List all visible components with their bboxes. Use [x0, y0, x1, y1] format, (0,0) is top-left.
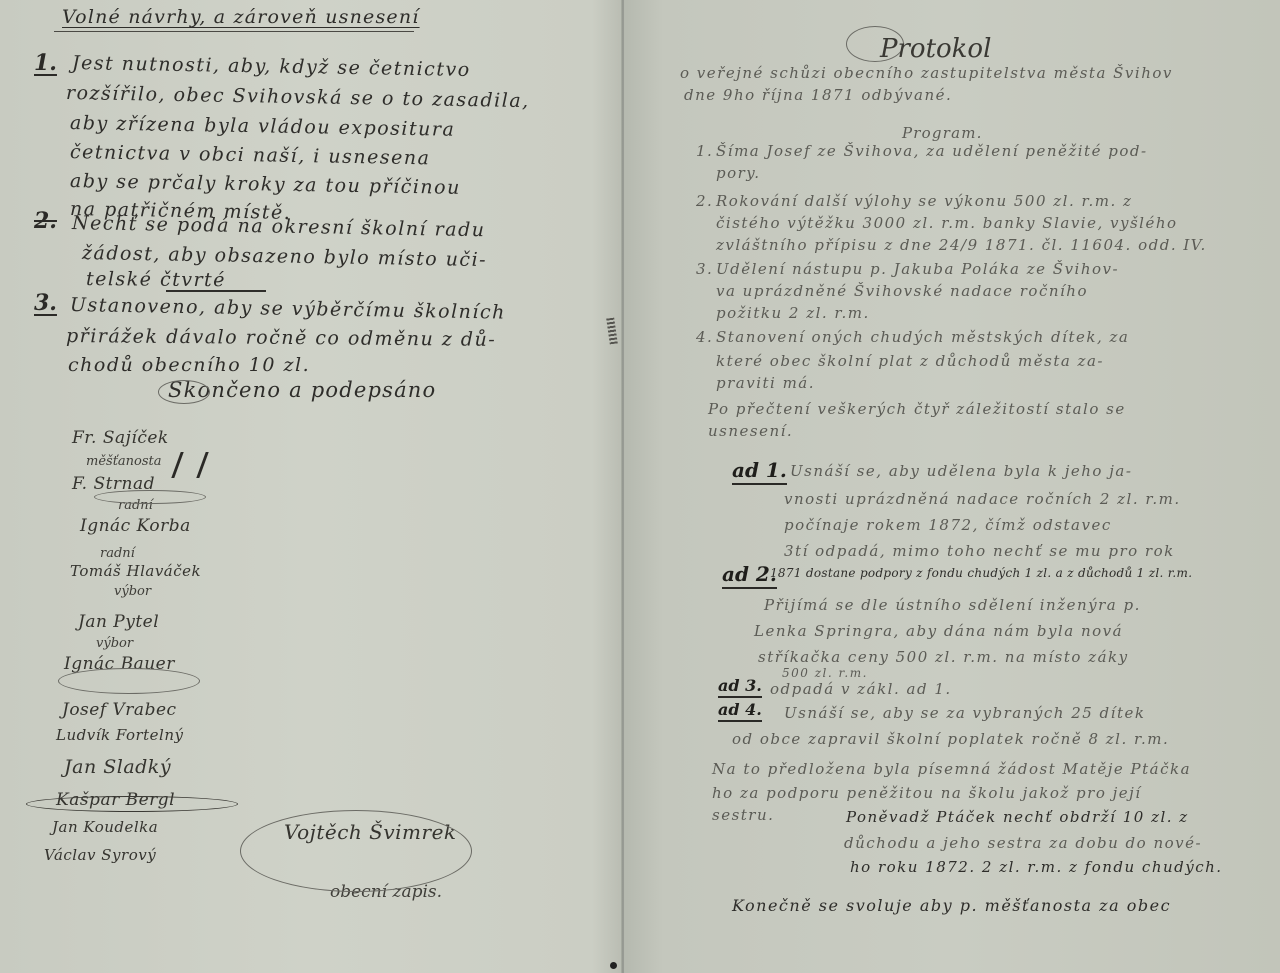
petition-resolution-line: ho roku 1872. 2 zl. r.m. z fondu chudých… — [850, 858, 1223, 876]
signature-name: Ignác Korba — [80, 516, 191, 536]
ink-smudge — [606, 318, 618, 345]
item-number: 2. — [34, 208, 57, 234]
item-2-line: žádost, aby obsazeno bylo místo uči- — [82, 242, 487, 271]
flourish — [58, 668, 200, 694]
resolution-line: Usnáší se, aby se za vybraných 25 dítek — [784, 704, 1145, 722]
item-1-line: rozšířilo, obec Svihovská se o to zasadi… — [66, 82, 530, 112]
final-line: Konečně se svoluje aby p. měšťanosta za … — [732, 896, 1171, 915]
right-page: Protokol o veřejné schůzi obecního zastu… — [624, 0, 1280, 973]
flourish — [26, 796, 238, 812]
intro-line: o veřejné schůzi obecního zastupitelstva… — [680, 64, 1173, 82]
transition-line: usnesení. — [708, 422, 793, 440]
program-number: 4. — [696, 328, 713, 346]
petition-resolution-line: Poněvadž Ptáček nechť obdrží 10 zl. z — [846, 808, 1189, 826]
item-number: 3. — [34, 290, 57, 316]
program-line: čistého výtěžku 3000 zl. r.m. banky Slav… — [716, 214, 1178, 232]
resolution-line: Přijímá se dle ústního sdělení inženýra … — [764, 596, 1141, 614]
resolution-line: odpadá v zákl. ad 1. — [770, 680, 952, 698]
item-2-line: telské čtvrté — [86, 268, 226, 291]
petition-line: ho za podporu peněžitou na školu jakož p… — [712, 784, 1142, 802]
flourish — [94, 490, 206, 504]
resolution-label: ad 1. — [732, 458, 787, 485]
intro-line: dne 9ho října 1871 odbývané. — [684, 86, 952, 104]
protocol-title: Protokol — [880, 34, 991, 64]
signature-role: měšťanosta — [86, 454, 162, 469]
item-1-line: aby se prčaly kroky za tou příčinou — [70, 170, 461, 199]
signature-role: výbor — [114, 584, 151, 599]
program-line: va uprázdněné Švihovské nadace ročního — [716, 282, 1088, 300]
petition-line: Na to předložena byla písemná žádost Mat… — [712, 760, 1191, 778]
signature-name: Václav Syrový — [44, 846, 156, 864]
resolution-line: 3tí odpadá, mimo toho nechť se mu pro ro… — [784, 542, 1175, 560]
resolution-line: 1871 dostane podpory z fondu chudých 1 z… — [770, 566, 1192, 580]
underline-ctvrte — [166, 290, 266, 292]
signature-name: Ludvík Fortelný — [56, 726, 183, 744]
heading-rule — [54, 31, 414, 32]
signature-name: Jan Pytel — [78, 612, 159, 632]
resolution-line: stříkačka ceny 500 zl. r.m. na místo zák… — [758, 648, 1129, 666]
item-3-line: chodů obecního 10 zl. — [68, 354, 310, 376]
ink-blot — [610, 962, 617, 969]
resolution-label: ad 3. — [718, 676, 762, 698]
resolution-label: ad 2. — [722, 562, 777, 589]
resolution-line: vnosti uprázdněná nadace ročních 2 zl. r… — [784, 490, 1181, 508]
resolution-line: Usnáší se, aby udělena byla k jeho ja- — [790, 462, 1132, 480]
signature-role: výbor — [96, 636, 133, 651]
left-page-heading: Volné návrhy, a zároveň usnesení — [62, 6, 420, 28]
item-3-line: Ustanoveno, aby se výběrčímu školních — [70, 294, 506, 324]
program-line: Stanovení oných chudých městských dítek,… — [716, 328, 1129, 346]
signature-name: Fr. Sajíček — [72, 428, 169, 448]
item-1-line: četnictva v obci naší, i usnesena — [70, 141, 431, 169]
program-line: požitku 2 zl. r.m. — [716, 304, 870, 322]
flourish — [240, 810, 472, 892]
program-line: Šíma Josef ze Švihova, za udělení peněži… — [716, 142, 1148, 160]
item-1-line: aby zřízena byla vládou expositura — [70, 112, 456, 141]
resolution-label: ad 4. — [718, 700, 762, 722]
program-line: pory. — [716, 164, 761, 182]
resolution-line: počínaje rokem 1872, čímž odstavec — [784, 516, 1112, 534]
resolution-line: od obce zapravil školní poplatek ročně 8… — [732, 730, 1169, 748]
program-line: Udělení nástupu p. Jakuba Poláka ze Švih… — [716, 260, 1119, 278]
signature-name: Tomáš Hlaváček — [70, 562, 201, 580]
item-3-line: přirážek dávalo ročně co odměnu z dů- — [66, 325, 496, 351]
program-number: 3. — [696, 260, 713, 278]
item-1-line: Jest nutnosti, aby, když se četnictvo — [72, 52, 471, 81]
signature-role: radní — [100, 546, 135, 561]
program-line: Rokování další výlohy se výkonu 500 zl. … — [716, 192, 1132, 210]
program-heading: Program. — [902, 124, 983, 142]
item-2-line: Nechť se podá na okresní školní radu — [72, 212, 486, 241]
transition-line: Po přečtení veškerých čtyř záležitostí s… — [708, 400, 1126, 418]
signature-name: Jan Koudelka — [52, 818, 158, 836]
program-line: praviti má. — [716, 374, 815, 392]
program-line: zvláštního přípisu z dne 24/9 1871. čl. … — [716, 236, 1207, 254]
document-spread: Volné návrhy, a zároveň usnesení 1. Jest… — [0, 0, 1280, 973]
program-line: které obec školní plat z důchodů města z… — [716, 352, 1104, 370]
program-number: 1. — [696, 142, 713, 160]
left-page: Volné návrhy, a zároveň usnesení 1. Jest… — [0, 0, 623, 973]
item-number: 1. — [34, 50, 57, 76]
petition-line: sestru. — [712, 806, 774, 824]
signature-name: Jan Sladký — [64, 756, 171, 778]
resolution-line: 500 zl. r.m. — [782, 666, 868, 680]
petition-resolution-line: důchodu a jeho sestra za dobu do nové- — [844, 834, 1202, 852]
program-number: 2. — [696, 192, 713, 210]
signature-name: Josef Vrabec — [62, 700, 177, 720]
resolution-line: Lenka Springra, aby dána nám byla nová — [754, 622, 1123, 640]
signature-flourish — [171, 452, 208, 478]
flourish — [158, 380, 210, 404]
